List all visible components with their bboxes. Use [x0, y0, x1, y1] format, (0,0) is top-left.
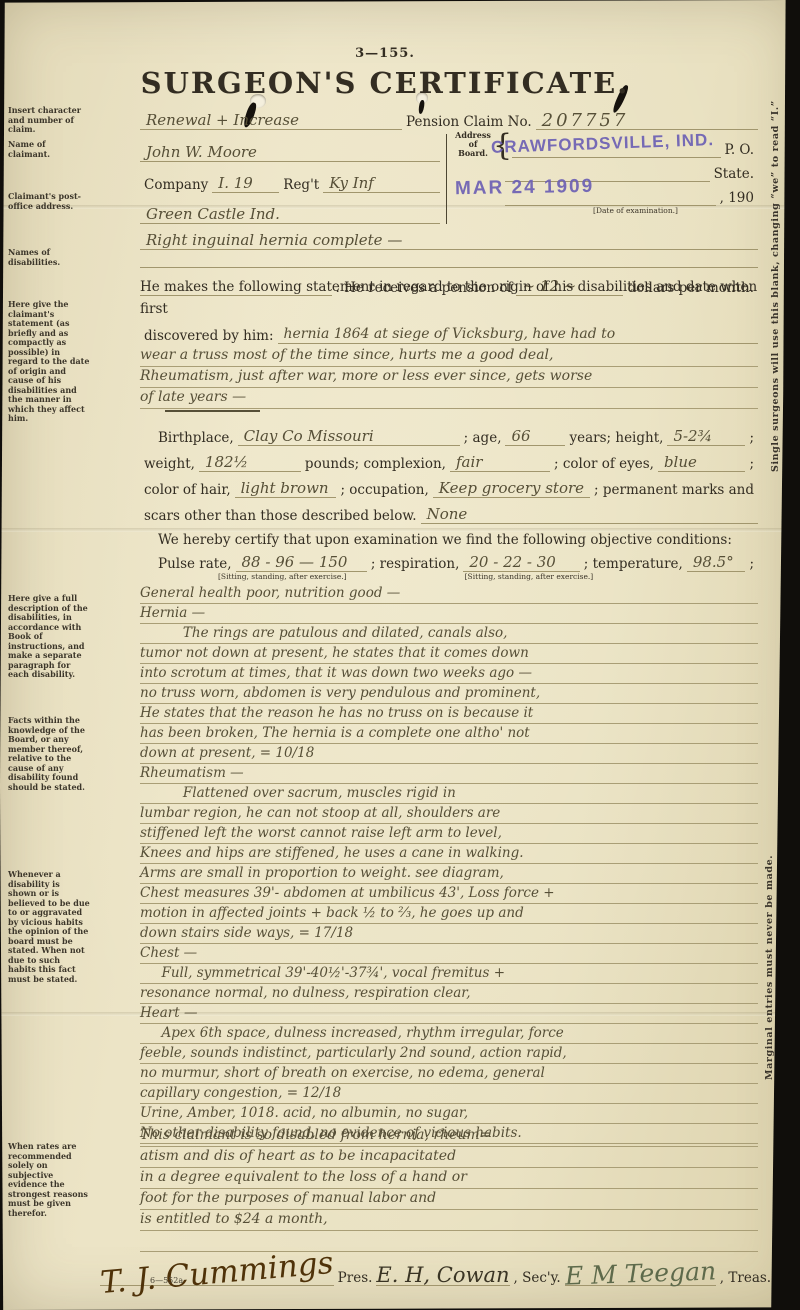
margin-note-full-description: Here give a full description of the disa…	[8, 594, 90, 680]
certify-statement: We hereby certify that upon examination …	[140, 532, 736, 548]
respiration-caption: [Sitting, standing, after exercise.]	[465, 572, 594, 584]
hair-row: color of hair, light brown ; occupation,…	[140, 472, 758, 498]
examination-date-stamp: MAR 24 1909	[455, 176, 595, 200]
age-label: ; age,	[460, 430, 506, 446]
conclusion-line: in a degree equivalent to the loss of a …	[140, 1168, 758, 1189]
president-label: Pres.	[334, 1270, 377, 1286]
examination-line: Heart —	[140, 1004, 758, 1024]
statement-intro-2: discovered by him:	[140, 328, 278, 344]
pulse-caption: [Sitting, standing, after exercise.]	[218, 572, 347, 584]
statement-lines: wear a truss most of the time since, hur…	[140, 346, 758, 409]
disabilities-blank	[140, 253, 758, 268]
examination-line: lumbar region, he can not stoop at all, …	[140, 804, 758, 824]
treasurer-label: , Treas.	[716, 1270, 775, 1286]
state-label: State.	[710, 166, 758, 182]
years-height-label: years; height,	[565, 430, 667, 446]
disabilities-entry: Right inguinal hernia complete —	[140, 232, 758, 250]
po-label: P. O.	[721, 142, 759, 158]
secretary-label: , Sec'y.	[510, 1270, 565, 1286]
vertical-note-marginal-entries: Marginal entries must never be made.	[764, 855, 775, 1080]
plate-number: 6—552a	[150, 1276, 183, 1285]
president-signature-line: T. J. Cummings	[100, 1249, 334, 1286]
secretary-signature: E. H, Cowan	[376, 1263, 509, 1287]
signatures-row: T. J. Cummings Pres. E. H, Cowan , Sec'y…	[100, 1244, 758, 1286]
vertical-note-single-surgeons: Single surgeons will use this blank, cha…	[770, 100, 781, 472]
statement-line: of late years —	[140, 388, 758, 409]
vitals-block: Birthplace, Clay Co Missouri ; age, 66 y…	[140, 420, 758, 584]
examination-line: tumor not down at present, he states tha…	[140, 644, 758, 664]
margin-note-insert-character: Insert character and number of claim.	[8, 106, 90, 135]
examination-line: Flattened over sacrum, muscles rigid in	[140, 784, 758, 804]
statement-line: Rheumatism, just after war, more or less…	[140, 367, 758, 388]
examination-lines: General health poor, nutrition good —Her…	[140, 584, 758, 1144]
margin-note-name-of-claimant: Name of claimant.	[8, 140, 90, 159]
examination-line: Rheumatism —	[140, 764, 758, 784]
pulse-entry: 88 - 96 — 150	[236, 554, 367, 572]
examination-line: Full, symmetrical 39'-40½'-37¾', vocal f…	[140, 964, 758, 984]
examination-line: Hernia —	[140, 604, 758, 624]
board-address-label: Address of Board.	[453, 131, 493, 158]
occupation-entry: Keep grocery store	[433, 480, 590, 498]
examination-line: down at present, = 10/18	[140, 744, 758, 764]
company-label: Company	[140, 177, 212, 193]
eyes-entry: blue	[658, 454, 745, 472]
disabilities-blank-row	[140, 252, 758, 268]
statement-first-line: hernia 1864 at siege of Vicksburg, have …	[278, 326, 759, 344]
birthplace-label: Birthplace,	[140, 430, 238, 446]
hair-label: color of hair,	[140, 482, 235, 498]
examination-line: General health poor, nutrition good —	[140, 584, 758, 604]
conclusion-line: foot for the purposes of manual labor an…	[140, 1189, 758, 1210]
margin-note-claimant-statement: Here give the claimant's statement (as b…	[8, 300, 90, 424]
examination-line: has been broken, The hernia is a complet…	[140, 724, 758, 744]
examination-line: Chest —	[140, 944, 758, 964]
respiration-label: ; respiration,	[367, 556, 464, 572]
photo-background: 3—155. SURGEON'S CERTIFICATE. Insert cha…	[0, 0, 800, 1310]
weight-entry: 182½	[199, 454, 301, 472]
examination-line: feeble, sounds indistinct, particularly …	[140, 1044, 758, 1064]
claim-row: Renewal + Increase Pension Claim No. 207…	[140, 104, 758, 130]
marks-label: ; permanent marks and	[590, 482, 758, 498]
semicolon: ;	[745, 556, 758, 572]
examination-line: Urine, Amber, 1018. acid, no albumin, no…	[140, 1104, 758, 1124]
margin-note-names-of-disabilities: Names of disabilities.	[8, 248, 90, 267]
examination-line: no murmur, short of breath on exercise, …	[140, 1064, 758, 1084]
occupation-label: ; occupation,	[336, 482, 432, 498]
margin-note-post-office: Claimant's post-office address.	[8, 192, 90, 211]
page-title: SURGEON'S CERTIFICATE.	[0, 66, 770, 100]
president-signature: T. J. Cummings	[99, 1245, 335, 1301]
temperature-entry: 98.5°	[687, 554, 746, 572]
pulse-label: Pulse rate,	[140, 556, 236, 572]
regiment-label: Reg't	[279, 177, 323, 193]
conclusion-line: is entitled to $24 a month,	[140, 1210, 758, 1231]
conclusion-line: atism and dis of heart as to be incapaci…	[140, 1147, 758, 1168]
temperature-label: ; temperature,	[580, 556, 687, 572]
disabilities-row: Right inguinal hernia complete —	[140, 226, 758, 250]
examination-line: Arms are small in proportion to weight. …	[140, 864, 758, 884]
birthplace-row: Birthplace, Clay Co Missouri ; age, 66 y…	[140, 420, 758, 446]
claimant-address-entry: Green Castle Ind.	[140, 206, 440, 224]
secretary-signature-line: E. H, Cowan	[376, 1261, 509, 1286]
regiment-entry: Ky Inf	[323, 175, 440, 193]
margin-note-facts-within-knowledge: Facts within the knowledge of the Board,…	[8, 716, 90, 792]
statement-line: wear a truss most of the time since, hur…	[140, 346, 758, 367]
margin-note-rates-subjective: When rates are recommended solely on sub…	[8, 1142, 90, 1218]
height-entry: 5-2¾	[667, 428, 745, 446]
statement-intro-1: He makes the following statement in rega…	[140, 276, 758, 320]
respiration-entry: 20 - 22 - 30	[463, 554, 579, 572]
treasurer-signature: E M Teegan	[564, 1256, 716, 1290]
pulse-captions-row: [Sitting, standing, after exercise.] [Si…	[140, 572, 758, 584]
pulse-row: Pulse rate, 88 - 96 — 150 ; respiration,…	[140, 548, 758, 572]
statement-first-row: discovered by him: hernia 1864 at siege …	[140, 320, 758, 344]
pension-claim-label: Pension Claim No.	[402, 114, 536, 130]
examination-line: motion in affected joints + back ½ to ⅔,…	[140, 904, 758, 924]
claimant-column: John W. Moore Company I. 19 Reg't Ky Inf…	[140, 134, 446, 224]
weight-row: weight, 182½ pounds; complexion, fair ; …	[140, 446, 758, 472]
age-entry: 66	[505, 428, 565, 446]
examination-line: into scrotum at times, that it was down …	[140, 664, 758, 684]
statement-divider-rule	[165, 410, 260, 412]
date-of-examination-caption: [Date of examination.]	[513, 206, 758, 215]
scars-row: scars other than those described below. …	[140, 498, 758, 524]
company-entry: I. 19	[212, 175, 279, 193]
claim-character-entry: Renewal + Increase	[140, 112, 402, 130]
pension-claim-number: 207757	[536, 112, 758, 130]
statement-intro-row: He makes the following statement in rega…	[140, 298, 758, 320]
scars-label: scars other than those described below.	[140, 508, 421, 524]
complexion-entry: fair	[450, 454, 550, 472]
examination-line: down stairs side ways, = 17/18	[140, 924, 758, 944]
examination-line: Apex 6th space, dulness increased, rhyth…	[140, 1024, 758, 1044]
form-number: 3—155.	[0, 46, 770, 61]
weight-label: weight,	[140, 456, 199, 472]
examination-line: Knees and hips are stiffened, he uses a …	[140, 844, 758, 864]
treasurer-signature-line: E M Teegan	[565, 1256, 716, 1286]
margin-note-vicious-habits: Whenever a disability is shown or is bel…	[8, 870, 90, 984]
board-address-box: Address of Board. { P. O. State. , 190 […	[446, 134, 758, 224]
semicolon: ;	[745, 456, 758, 472]
examination-line: Chest measures 39'- abdomen at umbilicus…	[140, 884, 758, 904]
birthplace-entry: Clay Co Missouri	[238, 428, 460, 446]
complexion-label: pounds; complexion,	[301, 456, 450, 472]
hair-entry: light brown	[235, 480, 337, 498]
year-prefix: , 190	[716, 190, 758, 206]
eyes-label: ; color of eyes,	[550, 456, 658, 472]
examination-line: He states that the reason he has no trus…	[140, 704, 758, 724]
semicolon: ;	[745, 430, 758, 446]
claimant-board-section: John W. Moore Company I. 19 Reg't Ky Inf…	[140, 134, 758, 224]
certify-row: We hereby certify that upon examination …	[140, 524, 758, 548]
scars-entry: None	[421, 506, 758, 524]
conclusion-line: This claimant is so disabled from hernia…	[140, 1126, 758, 1147]
certificate-page: 3—155. SURGEON'S CERTIFICATE. Insert cha…	[0, 0, 800, 1310]
examination-line: no truss worn, abdomen is very pendulous…	[140, 684, 758, 704]
claimant-name-entry: John W. Moore	[140, 144, 440, 162]
examination-line: The rings are patulous and dilated, cana…	[140, 624, 758, 644]
examination-line: capillary congestion, = 12/18	[140, 1084, 758, 1104]
conclusion-lines: This claimant is so disabled from hernia…	[140, 1126, 758, 1252]
examination-line: resonance normal, no dulness, respiratio…	[140, 984, 758, 1004]
examination-line: stiffened left the worst cannot raise le…	[140, 824, 758, 844]
